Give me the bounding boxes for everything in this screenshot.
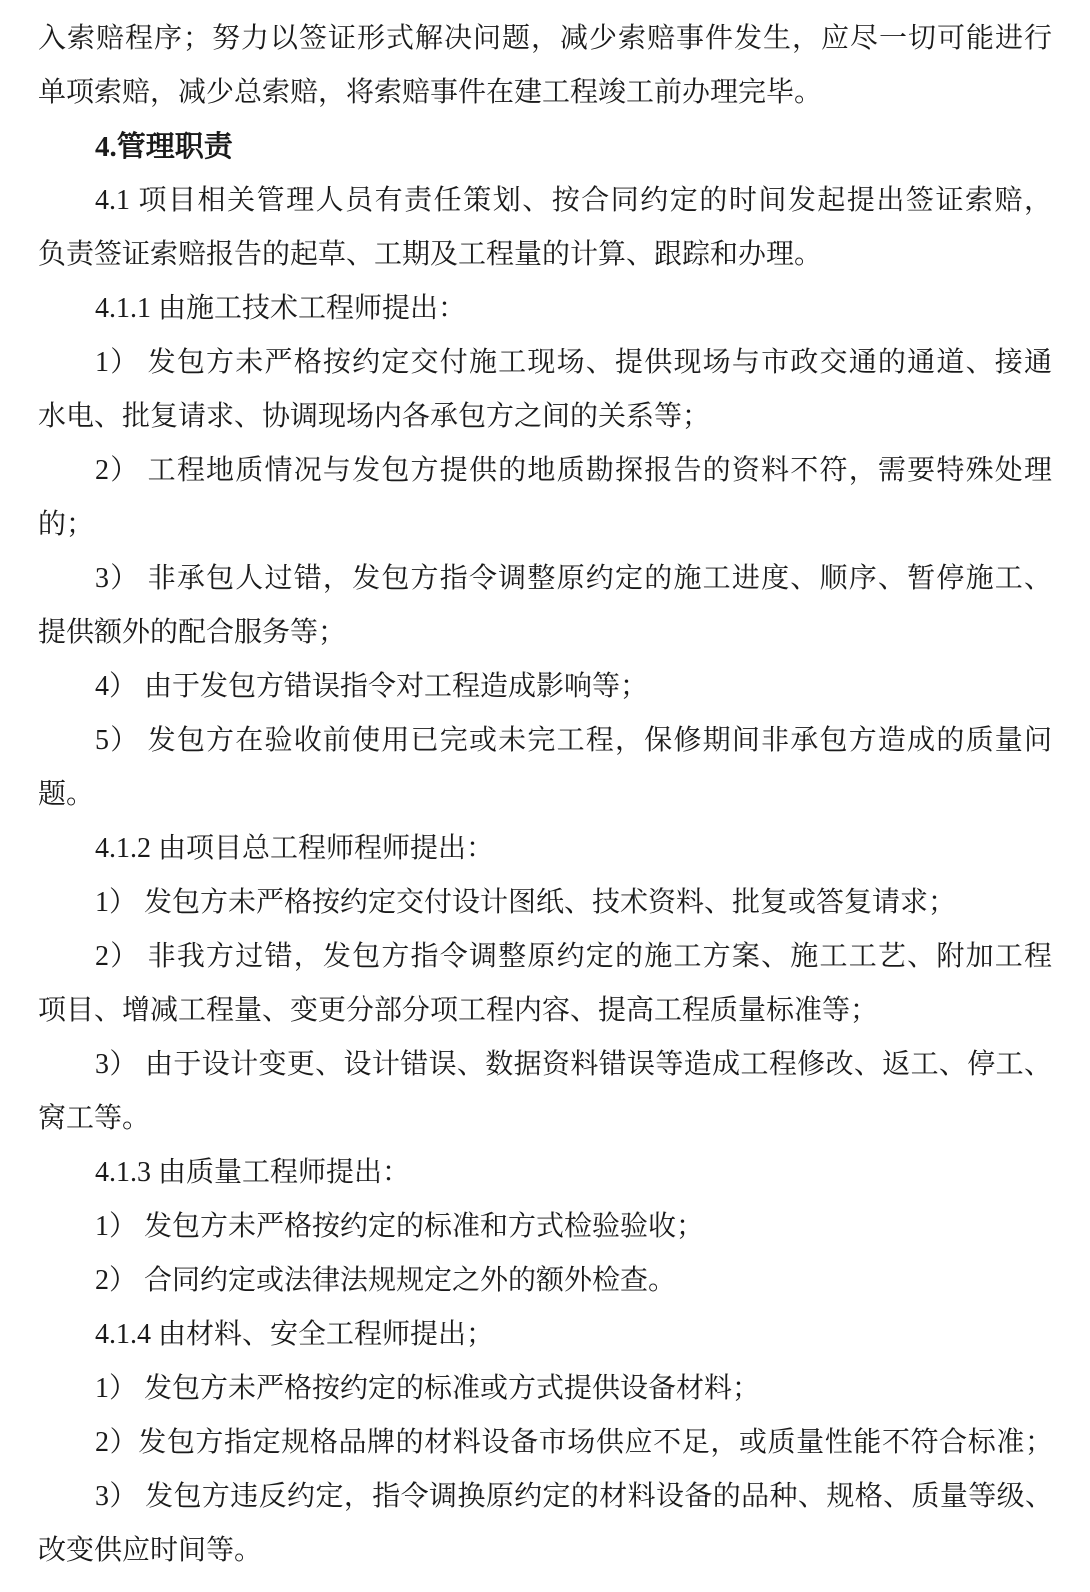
text-line: 单项索赔，减少总索赔，将索赔事件在建工程竣工前办理完毕。 bbox=[38, 66, 1052, 120]
text-line: 负责签证索赔报告的起草、工期及工程量的计算、跟踪和办理。 bbox=[38, 228, 1052, 282]
subsection-label: 4.1.2 由项目总工程师程师提出： bbox=[38, 822, 1052, 876]
text-line: 水电、批复请求、协调现场内各承包方之间的关系等； bbox=[38, 390, 1052, 444]
text-line: 的； bbox=[38, 498, 1052, 552]
list-item: 5） 发包方在验收前使用已完或未完工程，保修期间非承包方造成的质量问 bbox=[38, 714, 1052, 768]
list-item: 1） 发包方未严格按约定交付施工现场、提供现场与市政交通的通道、接通 bbox=[38, 336, 1052, 390]
list-item: 2） 工程地质情况与发包方提供的地质勘探报告的资料不符，需要特殊处理 bbox=[38, 444, 1052, 498]
text-line: 入索赔程序；努力以签证形式解决问题，减少索赔事件发生，应尽一切可能进行 bbox=[38, 12, 1052, 66]
subsection-label: 4.1.3 由质量工程师提出： bbox=[38, 1146, 1052, 1200]
list-item: 3） 非承包人过错，发包方指令调整原约定的施工进度、顺序、暂停施工、 bbox=[38, 552, 1052, 606]
list-item: 1） 发包方未严格按约定的标准和方式检验验收； bbox=[38, 1200, 1052, 1254]
subsection-label: 4.1.1 由施工技术工程师提出： bbox=[38, 282, 1052, 336]
list-item: 4） 由于发包方错误指令对工程造成影响等； bbox=[38, 660, 1052, 714]
text-line: 提供额外的配合服务等； bbox=[38, 606, 1052, 660]
text-line: 项目、增减工程量、变更分部分项工程内容、提高工程质量标准等； bbox=[38, 984, 1052, 1038]
section-heading: 4.管理职责 bbox=[38, 120, 1052, 174]
text-line: 4.1 项目相关管理人员有责任策划、按合同约定的时间发起提出签证索赔， bbox=[38, 174, 1052, 228]
list-item: 2） 合同约定或法律法规规定之外的额外检查。 bbox=[38, 1254, 1052, 1308]
text-line: 窝工等。 bbox=[38, 1092, 1052, 1146]
list-item: 2） 非我方过错，发包方指令调整原约定的施工方案、施工工艺、附加工程 bbox=[38, 930, 1052, 984]
list-item: 3） 发包方违反约定，指令调换原约定的材料设备的品种、规格、质量等级、 bbox=[38, 1470, 1052, 1524]
list-item: 1） 发包方未严格按约定的标准或方式提供设备材料； bbox=[38, 1362, 1052, 1416]
list-item: 1） 发包方未严格按约定交付设计图纸、技术资料、批复或答复请求； bbox=[38, 876, 1052, 930]
list-item: 2）发包方指定规格品牌的材料设备市场供应不足，或质量性能不符合标准； bbox=[38, 1416, 1052, 1470]
document-page: 入索赔程序；努力以签证形式解决问题，减少索赔事件发生，应尽一切可能进行 单项索赔… bbox=[0, 0, 1090, 1592]
subsection-label: 4.1.4 由材料、安全工程师提出； bbox=[38, 1308, 1052, 1362]
text-line: 改变供应时间等。 bbox=[38, 1524, 1052, 1578]
list-item: 3） 由于设计变更、设计错误、数据资料错误等造成工程修改、返工、停工、 bbox=[38, 1038, 1052, 1092]
text-line: 题。 bbox=[38, 768, 1052, 822]
